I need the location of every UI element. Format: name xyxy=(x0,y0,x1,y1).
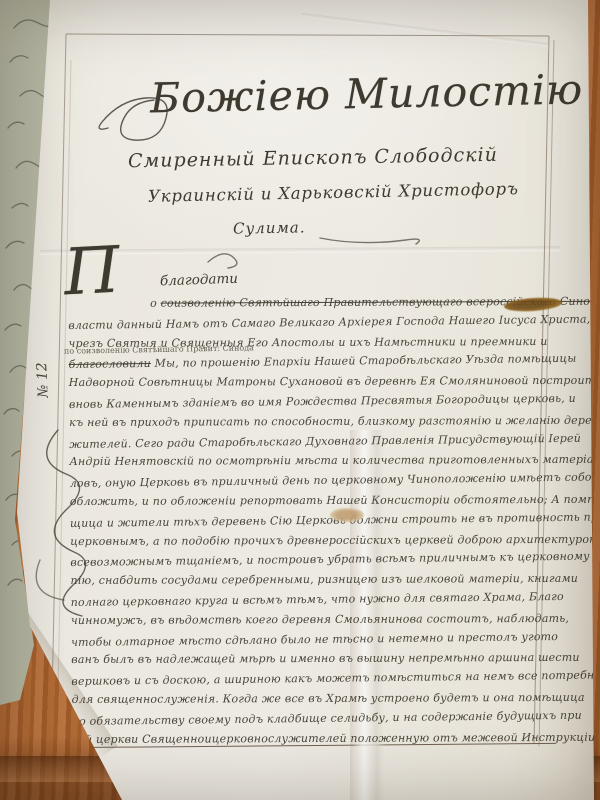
paper-hole xyxy=(330,508,364,522)
heading-signature-name: Сулима. xyxy=(233,218,306,237)
struck-word: благословили xyxy=(69,357,151,371)
line-rest: Мы, по прошенію Епархіи Нашей Старобѣльс… xyxy=(154,352,576,370)
title-invocation: Божіею Милостію xyxy=(150,66,571,123)
manuscript-body: о соизволенію Святѣйшаго Правительствующ… xyxy=(68,291,554,751)
photo-of-manuscript: Божіею Милостію Смиренный Епископъ Слобо… xyxy=(0,0,600,800)
inserted-word: благодати xyxy=(160,271,238,290)
document-page: Божіею Милостію Смиренный Епископъ Слобо… xyxy=(0,0,600,800)
line-lead: о xyxy=(150,297,157,310)
